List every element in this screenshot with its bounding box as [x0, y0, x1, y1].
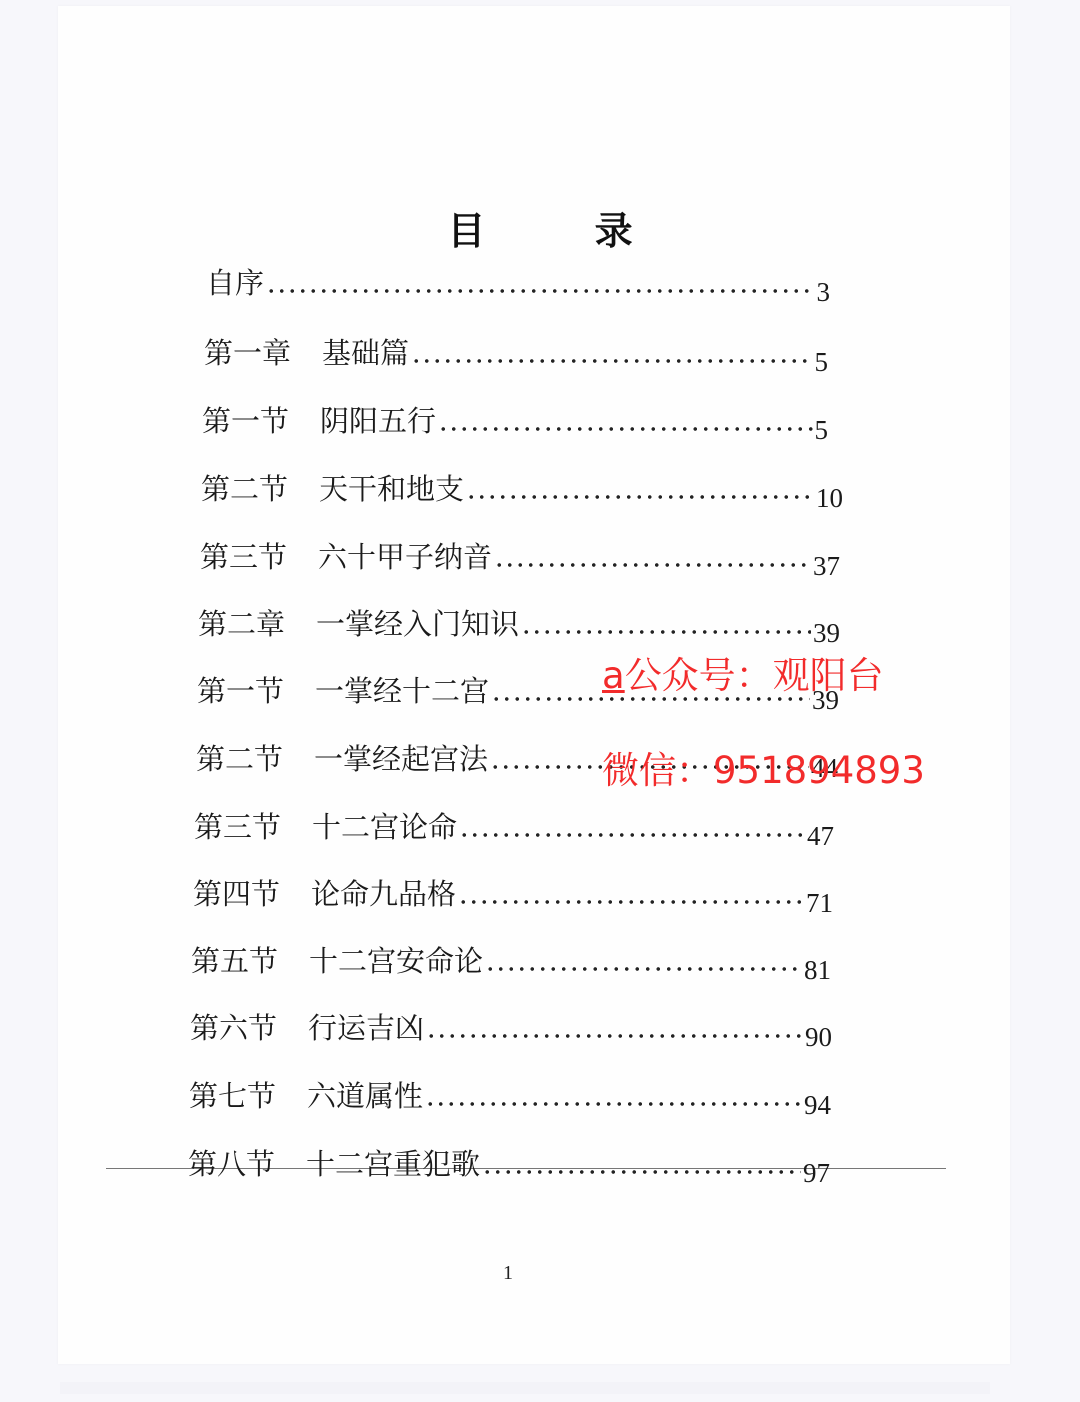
toc-entry-section: 第四节 [193, 872, 311, 913]
leader-dots [426, 1033, 803, 1039]
page-number: 1 [0, 1262, 1016, 1285]
toc-entry-section: 第一章 [204, 331, 322, 372]
toc-entry-page: 5 [815, 347, 829, 378]
toc-entry-section: 第三节 [194, 805, 312, 846]
toc-entry-page: 5 [815, 415, 829, 446]
toc-entry-label: 阴阳五行 [320, 399, 436, 440]
leader-dots [521, 629, 811, 635]
watermark-text: 公众号：观阳台 [625, 654, 884, 697]
toc-entry-label: 一掌经入门知识 [316, 602, 519, 643]
toc-entry-label: 十二宫论命 [312, 805, 457, 846]
toc-entry[interactable]: 第三节 六十甲子纳音 37 [200, 536, 840, 576]
toc-entry-label: 自序 [206, 261, 264, 302]
toc-entry[interactable]: 第五节 十二宫安命论 81 [191, 940, 831, 980]
toc-entry-label: 十二宫重犯歌 [306, 1142, 480, 1183]
leader-dots [266, 288, 814, 294]
toc-entry-section: 第五节 [191, 939, 309, 980]
toc-entry-page: 10 [816, 483, 843, 514]
toc-entry-section: 第六节 [190, 1006, 308, 1047]
toc-entry[interactable]: 自序 3 [206, 262, 830, 302]
leader-dots [482, 1169, 801, 1175]
toc-entry-label: 十二宫安命论 [309, 939, 483, 980]
toc-entry-section: 第二节 [201, 467, 319, 508]
next-page-edge [60, 1382, 990, 1394]
toc-entry[interactable]: 第八节 十二宫重犯歌 97 [188, 1143, 830, 1183]
watermark-text: 微信：951894893 [602, 749, 925, 792]
toc-entry-page: 81 [804, 955, 831, 986]
toc-entry-section: 第八节 [188, 1142, 306, 1183]
toc-entry-page: 71 [806, 888, 833, 919]
toc-entry-section: 第二节 [196, 737, 314, 778]
leader-dots [485, 966, 802, 972]
toc-entry-page: 37 [813, 551, 840, 582]
toc-entry-page: 94 [804, 1090, 831, 1121]
toc-entry-label: 六道属性 [307, 1074, 423, 1115]
toc-entry-page: 97 [803, 1158, 830, 1189]
leader-dots [458, 899, 804, 905]
toc-entry-label: 基础篇 [322, 331, 409, 372]
toc-entry-label: 行运吉凶 [308, 1006, 424, 1047]
toc-entry[interactable]: 第二节 天干和地支 10 [201, 468, 843, 508]
watermark-line-2: 微信：951894893 [602, 740, 925, 794]
toc-entry-page: 3 [817, 277, 831, 308]
toc-entry-label: 论命九品格 [311, 872, 456, 913]
toc-entry[interactable]: 第六节 行运吉凶 90 [190, 1007, 832, 1047]
toc-entry-label: 一掌经十二宫 [315, 669, 489, 710]
watermark-line-1: a公众号：观阳台 [602, 645, 884, 699]
toc-entry[interactable]: 第四节 论命九品格 71 [193, 873, 833, 913]
leader-dots [494, 562, 811, 568]
toc-title: 目 录 [0, 200, 1080, 255]
toc-entry-section: 第一节 [202, 399, 320, 440]
toc-entry[interactable]: 第一章 基础篇 5 [204, 332, 828, 372]
toc-entry-label: 天干和地支 [319, 467, 464, 508]
toc-entry-label: 六十甲子纳音 [318, 535, 492, 576]
toc-entry-section: 第一节 [197, 669, 315, 710]
leader-dots [411, 358, 812, 364]
leader-dots [438, 426, 812, 432]
watermark-prefix: a [602, 654, 625, 697]
toc-entry[interactable]: 第七节 六道属性 94 [189, 1075, 831, 1115]
toc-entry[interactable]: 第二章 一掌经入门知识 39 [198, 603, 840, 643]
toc-entry-label: 一掌经起宫法 [314, 737, 488, 778]
toc-entry-page: 90 [805, 1022, 832, 1053]
leader-dots [466, 494, 814, 500]
leader-dots [425, 1101, 802, 1107]
toc-entry-section: 第三节 [200, 535, 318, 576]
leader-dots [459, 832, 805, 838]
toc-entry[interactable]: 第三节 十二宫论命 47 [194, 806, 834, 846]
toc-entry-section: 第二章 [198, 602, 316, 643]
toc-entry-page: 47 [807, 821, 834, 852]
toc-entry[interactable]: 第一节 阴阳五行 5 [202, 400, 828, 440]
toc-entry-section: 第七节 [189, 1074, 307, 1115]
